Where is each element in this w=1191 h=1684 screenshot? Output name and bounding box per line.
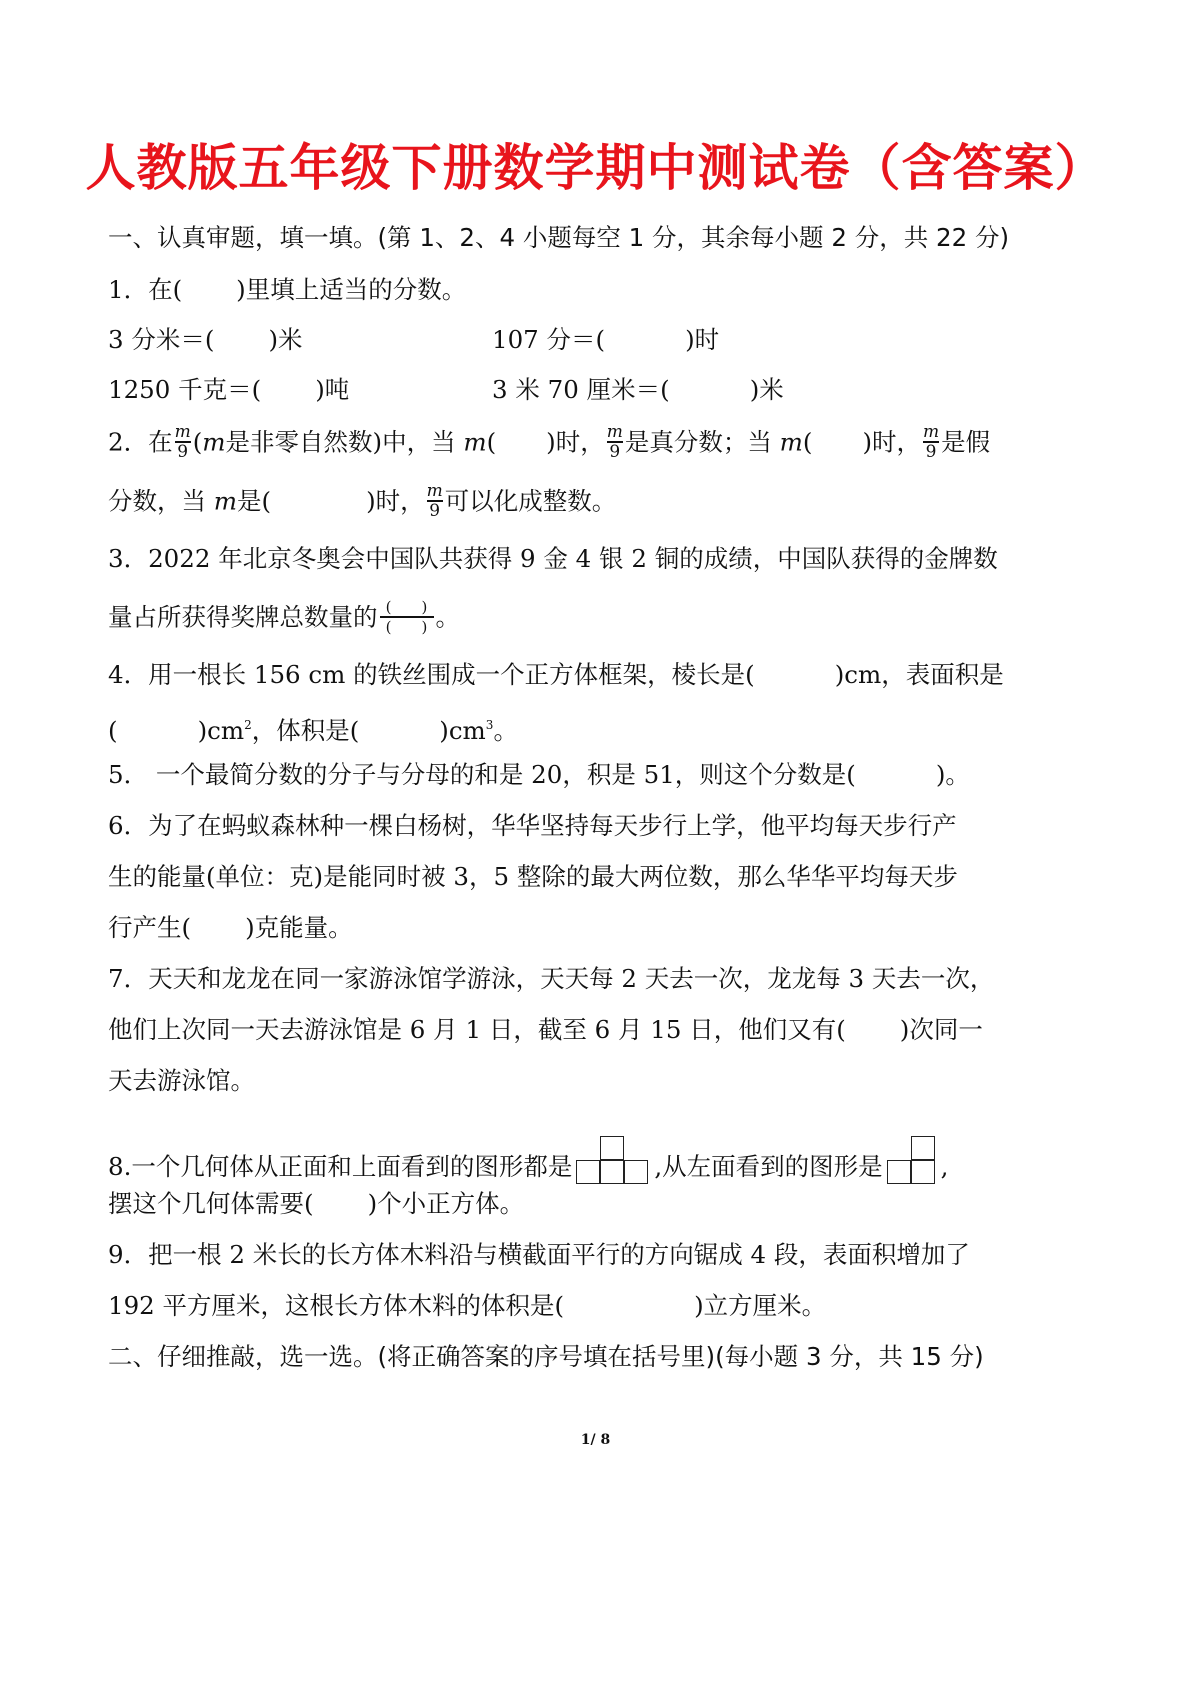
page-number: 1/ 8	[0, 1432, 1191, 1448]
question-5: 5． 一个最简分数的分子与分母的和是 20，积是 51，则这个分数是()。	[108, 758, 970, 792]
question-7-line-3: 天去游泳馆。	[108, 1064, 255, 1098]
question-9-line-2: 192 平方厘米，这根长方体木料的体积是()立方厘米。	[108, 1289, 826, 1323]
fraction-m-over-9: m9	[175, 423, 191, 461]
fraction-blank: ( )( )	[380, 598, 434, 636]
question-1-item: 3 米 70 厘米＝()米	[492, 373, 784, 407]
question-6-line-2: 生的能量(单位：克)是能同时被 3，5 整除的最大两位数，那么华华平均每天步	[108, 860, 958, 894]
question-1-item: 1250 千克＝()吨	[108, 373, 349, 407]
section-2-heading: 二、仔细推敲，选一选。(将正确答案的序号填在括号里)(每小题 3 分，共 15 …	[108, 1340, 984, 1374]
fraction-m-over-9: m9	[427, 482, 443, 520]
question-3-line-2: 量占所获得奖牌总数量的( )( )。	[108, 600, 460, 638]
question-1-item: 107 分＝()时	[492, 323, 719, 357]
question-8-line-1: 8.一个几何体从正面和上面看到的图形都是,从左面看到的图形是,	[108, 1136, 948, 1184]
front-top-view-figure	[576, 1136, 650, 1184]
question-7-line-1: 7．天天和龙龙在同一家游泳馆学游泳，天天每 2 天去一次，龙龙每 3 天去一次，	[108, 962, 994, 996]
question-1-stem: 1．在()里填上适当的分数。	[108, 273, 466, 307]
document-title: 人教版五年级下册数学期中测试卷（含答案）	[0, 138, 1191, 198]
left-view-figure	[887, 1136, 937, 1184]
section-1-heading: 一、认真审题，填一填。(第 1、2、4 小题每空 1 分，其余每小题 2 分，共…	[108, 221, 1009, 255]
question-4-line-1: 4．用一根长 156 cm 的铁丝围成一个正方体框架，棱长是()cm，表面积是	[108, 658, 1004, 692]
question-4-line-2: ()cm2，体积是()cm3。	[108, 708, 518, 748]
question-6-line-1: 6．为了在蚂蚁森林种一棵白杨树，华华坚持每天步行上学，他平均每天步行产	[108, 809, 957, 843]
question-6-line-3: 行产生()克能量。	[108, 911, 353, 945]
question-7-line-2: 他们上次同一天去游泳馆是 6 月 1 日，截至 6 月 15 日，他们又有()次…	[108, 1013, 983, 1047]
fraction-m-over-9: m9	[607, 423, 623, 461]
question-9-line-1: 9．把一根 2 米长的长方体木料沿与横截面平行的方向锯成 4 段，表面积增加了	[108, 1238, 970, 1272]
question-3-line-1: 3．2022 年北京冬奥会中国队共获得 9 金 4 银 2 铜的成绩，中国队获得…	[108, 542, 998, 576]
question-8-line-2: 摆这个几何体需要()个小正方体。	[108, 1187, 524, 1221]
question-2-line-1: 2．在m9(m是非零自然数)中，当 m()时，m9是真分数；当 m()时，m9是…	[108, 425, 990, 463]
fraction-m-over-9: m9	[923, 423, 939, 461]
question-1-item: 3 分米＝()米	[108, 323, 303, 357]
exam-page: 人教版五年级下册数学期中测试卷（含答案） 一、认真审题，填一填。(第 1、2、4…	[0, 0, 1191, 1684]
question-2-line-2: 分数，当 m是()时，m9可以化成整数。	[108, 484, 616, 522]
